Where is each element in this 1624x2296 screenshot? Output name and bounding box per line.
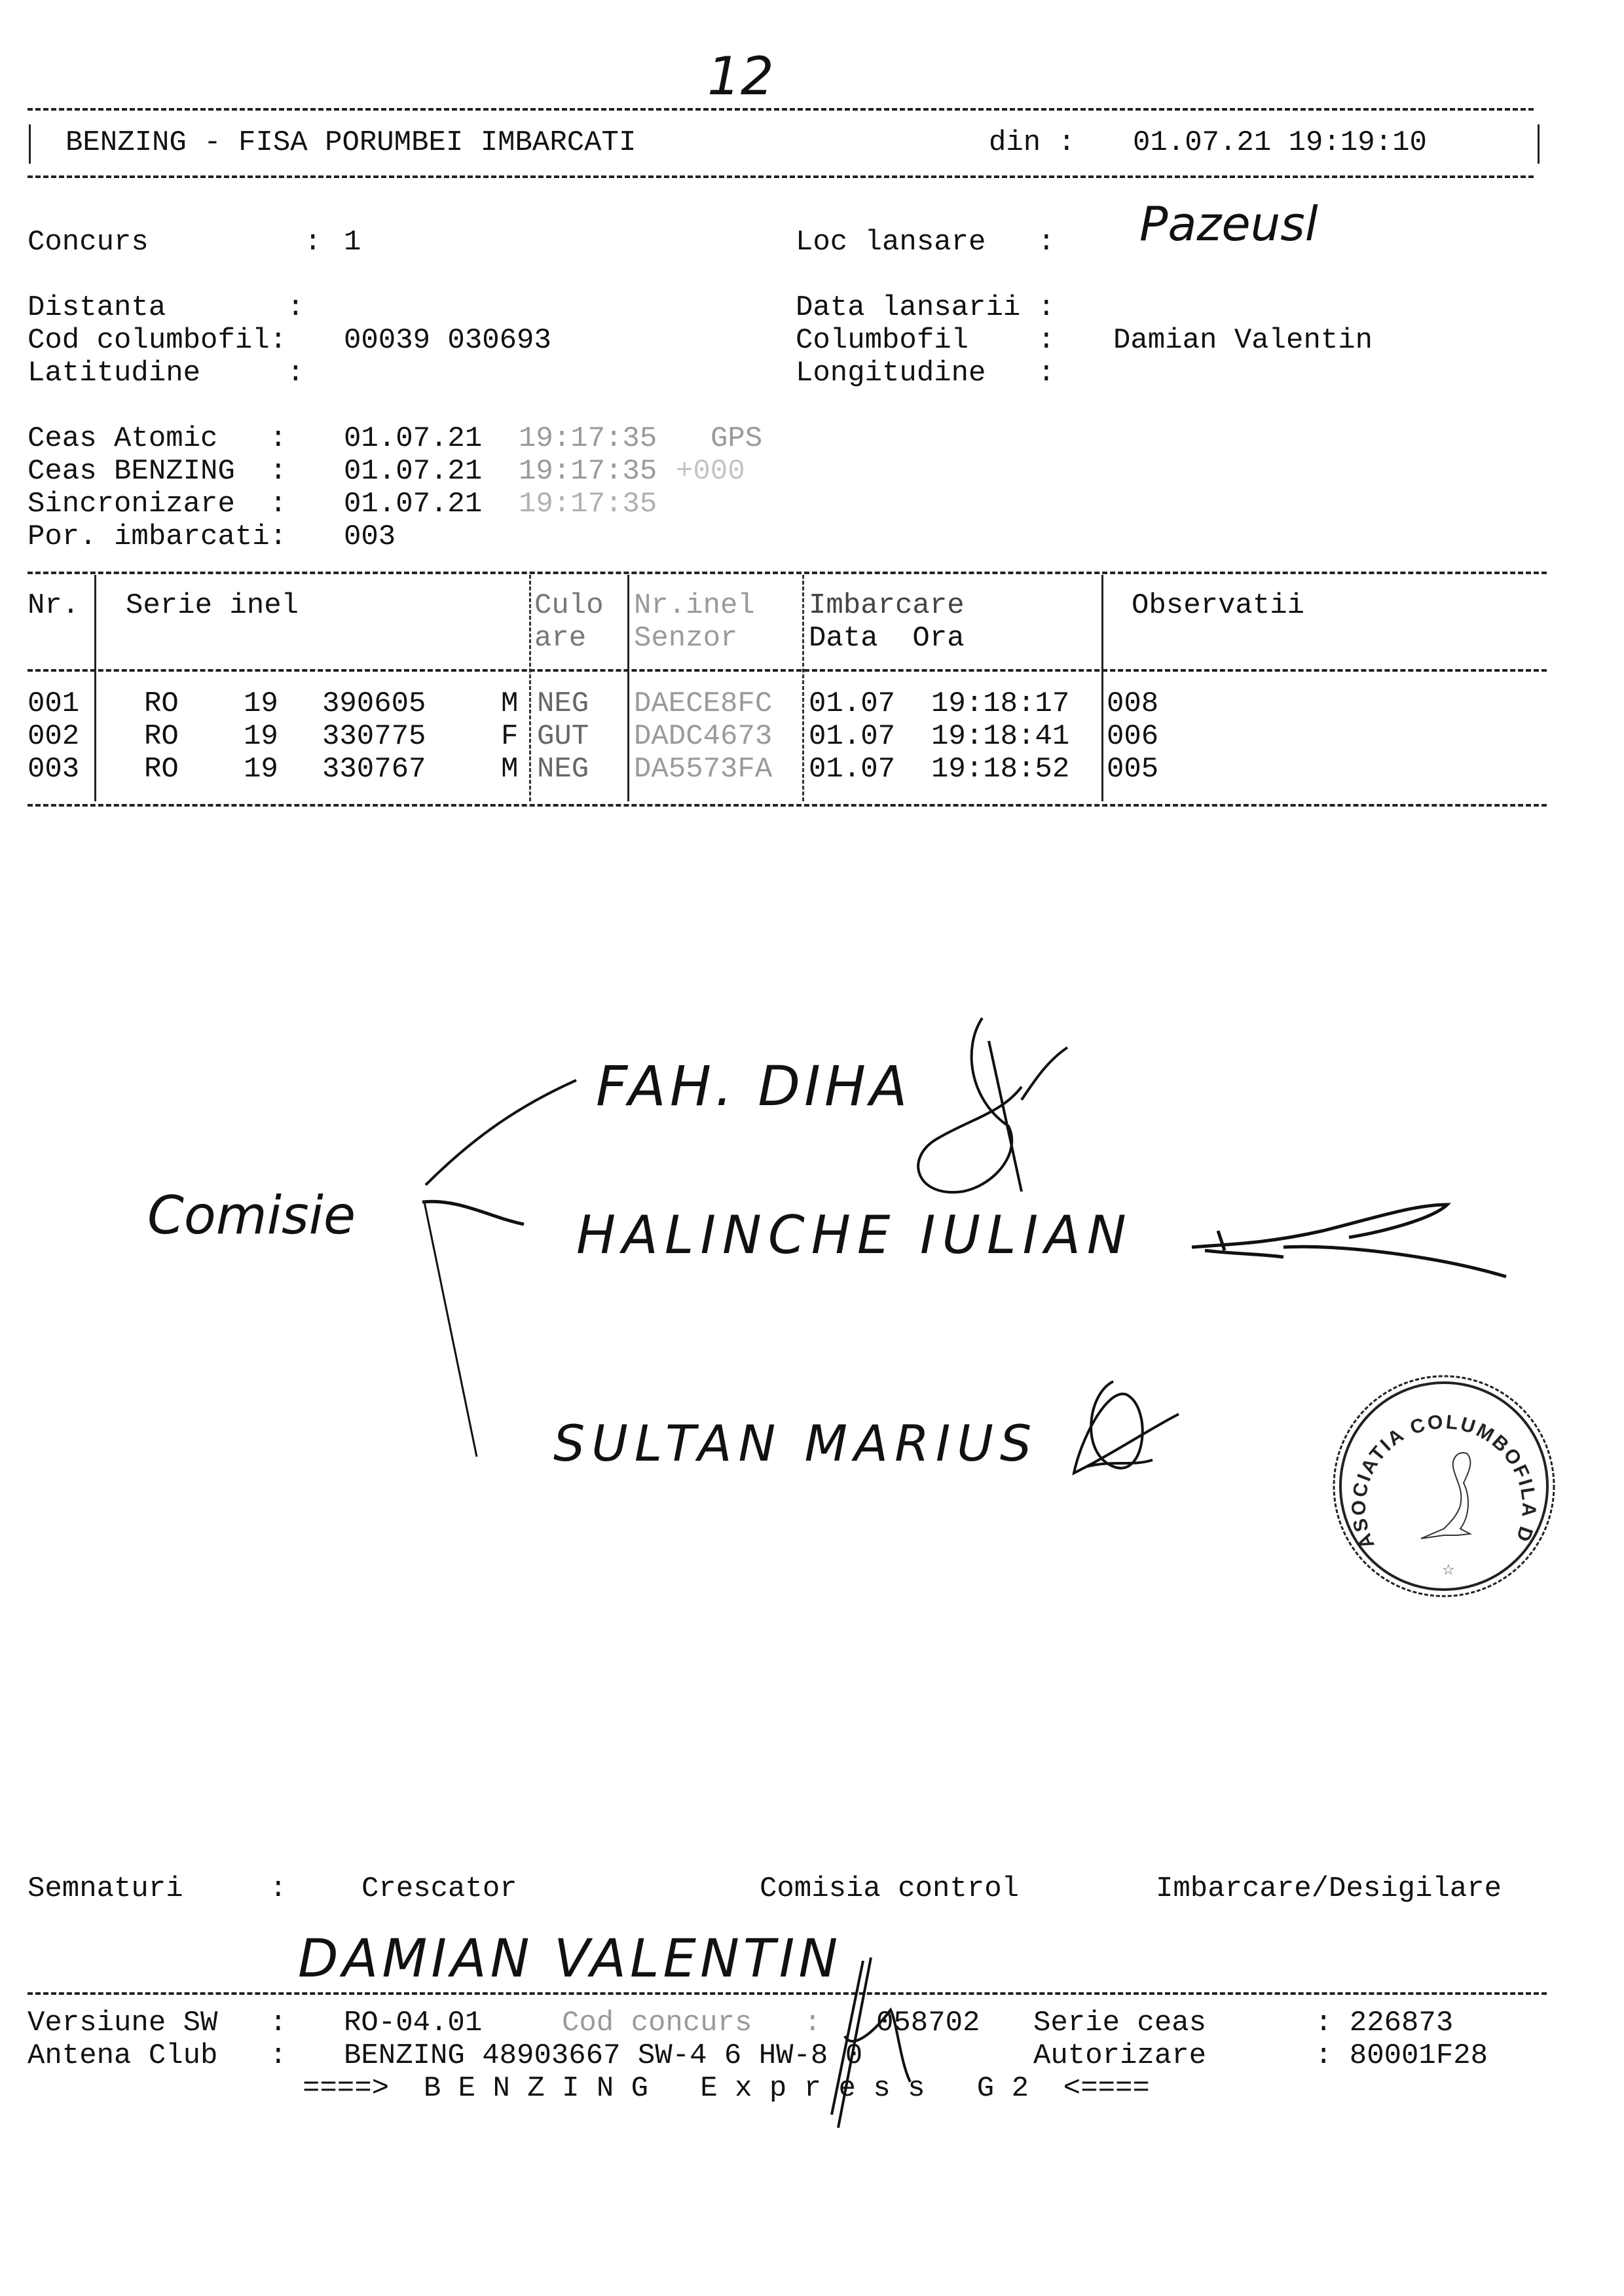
ceas-benzing-label: Ceas BENZING : xyxy=(28,455,287,488)
loc-lansare-value: Pazeusl xyxy=(1139,196,1318,251)
serie-ceas-value: : 226873 xyxy=(1315,2007,1453,2039)
cell-sensor: DADC4673 xyxy=(634,720,772,753)
cell-year: 19 xyxy=(244,753,278,786)
autorizare-value: : 80001F28 xyxy=(1315,2039,1488,2072)
distanta-label: Distanta : xyxy=(28,291,304,324)
stamp-text: ASOCIATIA COLUMBOFILA DANUBIUS BRAILA xyxy=(1329,1372,1540,1552)
por-imbarcati-label: Por. imbarcati: xyxy=(28,520,287,553)
cell-year: 19 xyxy=(244,687,278,720)
committee-member-1: FAH. DIHA xyxy=(596,1054,912,1118)
header-observatii: Observatii xyxy=(1132,589,1304,622)
ceas-atomic-date: 01.07.21 xyxy=(344,422,482,455)
semnaturi-label: Semnaturi : xyxy=(28,1872,287,1905)
header-imbarcare-1: Imbarcare xyxy=(809,589,965,622)
header-culoare-2: are xyxy=(534,622,586,655)
serie-ceas-label: Serie ceas xyxy=(1033,2007,1206,2039)
cell-country: RO xyxy=(144,687,179,720)
cell-nr: 003 xyxy=(28,753,79,786)
signature-comisia: Comisia control xyxy=(760,1872,1019,1905)
cell-color: NEG xyxy=(537,687,589,720)
antena-value: BENZING 48903667 SW-4 6 HW-8 0 xyxy=(344,2039,862,2072)
loc-lansare-label: Loc lansare : xyxy=(796,226,1055,259)
cell-country: RO xyxy=(144,720,179,753)
header-nr-inel-2: Senzor xyxy=(634,622,737,655)
cell-country: RO xyxy=(144,753,179,786)
header-right-border xyxy=(1538,124,1540,164)
committee-member-2: HALINCHE IULIAN xyxy=(576,1205,1133,1266)
club-stamp: ASOCIATIA COLUMBOFILA DANUBIUS BRAILA ☆ xyxy=(1329,1372,1559,1601)
ceas-atomic-time: 19:17:35 xyxy=(519,422,657,455)
cod-columbofil-label: Cod columbofil: xyxy=(28,324,287,357)
col-sep-serie xyxy=(529,575,531,801)
concurs-label: Concurs : xyxy=(28,226,322,259)
col-sep-nr xyxy=(94,575,96,801)
cell-obs: 005 xyxy=(1107,753,1158,786)
signature-imbarcare: Imbarcare/Desigilare xyxy=(1156,1872,1502,1905)
cell-color: GUT xyxy=(537,720,589,753)
ceas-benzing-suffix: +000 xyxy=(676,455,745,488)
cell-time: 19:18:17 xyxy=(931,687,1069,720)
header-bottom-rule xyxy=(28,175,1534,178)
concurs-value: 1 xyxy=(344,226,361,259)
committee-member-3: SULTAN MARIUS xyxy=(553,1414,1038,1472)
signature-rule xyxy=(28,1992,1547,1995)
page-number-handwritten: 12 xyxy=(707,46,774,107)
header-din-label: din : xyxy=(989,126,1075,159)
cod-concurs-label: Cod concurs : xyxy=(562,2007,821,2039)
svg-text:ASOCIATIA COLUMBOFILA DANUBIUS: ASOCIATIA COLUMBOFILA DANUBIUS BRAILA xyxy=(1329,1372,1540,1552)
stamp-star-icon: ☆ xyxy=(1442,1562,1455,1578)
stamp-seal-icon: ASOCIATIA COLUMBOFILA DANUBIUS BRAILA ☆ xyxy=(1329,1372,1559,1601)
header-din-value: 01.07.21 19:19:10 xyxy=(1133,126,1427,159)
cell-year: 19 xyxy=(244,720,278,753)
longitudine-label: Longitudine : xyxy=(796,357,1055,390)
sincronizare-time: 19:17:35 xyxy=(519,488,657,520)
columbofil-value: Damian Valentin xyxy=(1113,324,1373,357)
cell-ring: 330767 xyxy=(322,753,426,786)
header-culoare-1: Culo xyxy=(534,589,604,622)
col-sep-culoare xyxy=(627,575,629,801)
cell-date: 01.07 xyxy=(809,720,895,753)
cell-color: NEG xyxy=(537,753,589,786)
versiune-label: Versiune SW : xyxy=(28,2007,287,2039)
por-imbarcati-value: 003 xyxy=(344,520,396,553)
cell-sex: M xyxy=(501,687,518,720)
col-sep-imbarcare xyxy=(1101,575,1103,801)
cell-nr: 001 xyxy=(28,687,79,720)
cell-sensor: DAECE8FC xyxy=(634,687,772,720)
cell-time: 19:18:41 xyxy=(931,720,1069,753)
table-bottom-rule xyxy=(28,804,1547,807)
cell-sensor: DA5573FA xyxy=(634,753,772,786)
header-top-rule xyxy=(28,108,1534,111)
header-nr: Nr. xyxy=(28,589,79,622)
sincronizare-date: 01.07.21 xyxy=(344,488,482,520)
ceas-benzing-time: 19:17:35 xyxy=(519,455,657,488)
ceas-benzing-date: 01.07.21 xyxy=(344,455,482,488)
sincronizare-label: Sincronizare : xyxy=(28,488,287,520)
cell-date: 01.07 xyxy=(809,687,895,720)
cell-time: 19:18:52 xyxy=(931,753,1069,786)
versiune-value: RO-04.01 xyxy=(344,2007,482,2039)
cell-date: 01.07 xyxy=(809,753,895,786)
antena-label: Antena Club : xyxy=(28,2039,287,2072)
latitudine-label: Latitudine : xyxy=(28,357,304,390)
data-lansarii-label: Data lansarii : xyxy=(796,291,1055,324)
crescator-handwritten: DAMIAN VALENTIN xyxy=(298,1928,841,1989)
cell-obs: 006 xyxy=(1107,720,1158,753)
col-sep-senzor xyxy=(802,575,804,801)
autorizare-label: Autorizare xyxy=(1033,2039,1206,2072)
cell-sex: F xyxy=(501,720,518,753)
benzing-express-banner: ====> B E N Z I N G E x p r e s s G 2 <=… xyxy=(303,2072,1150,2105)
columbofil-label: Columbofil : xyxy=(796,324,1055,357)
cell-obs: 008 xyxy=(1107,687,1158,720)
committee-label: Comisie xyxy=(147,1185,356,1246)
header-left-border xyxy=(29,124,31,164)
cod-columbofil-value: 00039 030693 xyxy=(344,324,551,357)
header-serie-inel: Serie inel xyxy=(126,589,299,622)
page-title: BENZING - FISA PORUMBEI IMBARCATI xyxy=(65,126,636,159)
cell-ring: 390605 xyxy=(322,687,426,720)
table-top-rule xyxy=(28,572,1547,574)
header-imbarcare-2: Data Ora xyxy=(809,622,965,655)
table-header-rule xyxy=(28,669,1547,672)
cell-sex: M xyxy=(501,753,518,786)
cell-nr: 002 xyxy=(28,720,79,753)
signature-crescator: Crescator xyxy=(361,1872,517,1905)
header-nr-inel-1: Nr.inel xyxy=(634,589,755,622)
ceas-atomic-label: Ceas Atomic : xyxy=(28,422,287,455)
cod-concurs-value: 058702 xyxy=(876,2007,980,2039)
cell-ring: 330775 xyxy=(322,720,426,753)
ceas-atomic-suffix: GPS xyxy=(710,422,762,455)
